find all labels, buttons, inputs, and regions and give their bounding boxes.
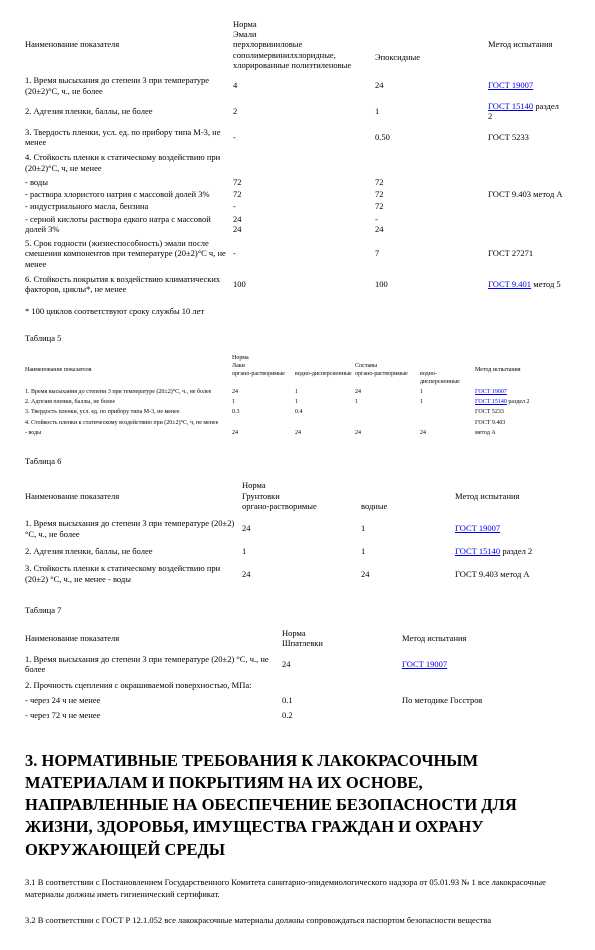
gost-standard-link[interactable]: ГОСТ 19007 bbox=[402, 659, 447, 669]
row-value: 24 bbox=[282, 656, 402, 671]
row-label: - индустриального масла, бензина bbox=[25, 200, 233, 212]
column-header-name: Наименование показателя bbox=[25, 631, 282, 646]
row-value: 24 bbox=[355, 388, 420, 398]
gost-standard-link[interactable]: ГОСТ 19007 bbox=[475, 389, 507, 395]
table-enamels: Наименование показателя Норма Эмали перх… bbox=[25, 16, 570, 297]
column-header-method: Метод испытания bbox=[488, 37, 570, 52]
table-row: 3. Стойкость пленки к статическому возде… bbox=[25, 560, 570, 588]
row-label: 5. Срок годности (жизнеспособность) эмал… bbox=[25, 235, 233, 271]
gost-standard-link[interactable]: ГОСТ 15140 bbox=[455, 546, 500, 556]
paragraph-3-1: 3.1 В соответствии с Постановлением Госу… bbox=[25, 876, 570, 902]
table-footnote: * 100 циклов соответствуют сроку службы … bbox=[25, 306, 570, 316]
row-value: 24 bbox=[232, 388, 295, 398]
row-value bbox=[420, 422, 475, 424]
table-row: - через 72 ч не менее 0.2 bbox=[25, 708, 570, 723]
column-header-method: Метод испытания bbox=[402, 631, 570, 646]
table-row: 1. Время высыхания до степени 3 при темп… bbox=[25, 515, 570, 543]
row-value: 72 bbox=[233, 188, 375, 200]
norm-label: Норма bbox=[232, 355, 475, 363]
column-header-groups: Норма Грунтовки органо-растворимые водны… bbox=[242, 477, 455, 515]
row-value: 1 bbox=[295, 398, 355, 408]
method-cell: ГОСТ 5233 bbox=[488, 129, 570, 144]
row-value: 24 bbox=[242, 520, 361, 537]
table-row: 1. Время высыхания до степени 3 при темп… bbox=[25, 651, 570, 677]
row-label: 2. Прочность сцепления с окрашиваемой по… bbox=[25, 677, 282, 692]
method-text: метод 5 bbox=[531, 279, 561, 289]
row-value: 24 bbox=[355, 429, 420, 439]
row-value: 100 bbox=[375, 277, 488, 292]
method-text: раздел 2 bbox=[507, 399, 530, 405]
method-cell: ГОСТ 19007 bbox=[402, 656, 570, 671]
group-compounds: Составы bbox=[355, 363, 377, 369]
row-value bbox=[282, 682, 402, 687]
method-cell: ГОСТ 27271 bbox=[488, 246, 570, 261]
row-label: 2. Адгезия пленки, баллы, не более bbox=[25, 398, 232, 408]
row-value: 1 bbox=[375, 104, 488, 119]
table-row: - воды 24 24 24 24 метод А bbox=[25, 429, 570, 439]
table-row: 2. Адгезия пленки, баллы, не более 1 1 Г… bbox=[25, 542, 570, 559]
table6-title: Таблица 6 bbox=[25, 456, 570, 466]
row-label: - через 72 ч не менее bbox=[25, 708, 282, 723]
row-value: 1 bbox=[232, 398, 295, 408]
subcol-organo: органо-растворимые bbox=[355, 371, 420, 387]
row-label: 6. Стойкость покрытия к воздействию клим… bbox=[25, 272, 233, 298]
method-text: ГОСТ 27271 bbox=[488, 248, 533, 258]
method-cell bbox=[488, 206, 570, 208]
column-header-groups: Норма ЛакиСоставы органо-растворимые вод… bbox=[232, 354, 475, 388]
subcol-organo: органо-растворимые bbox=[232, 371, 295, 387]
table-row: - серной кислоты раствора едкого натра с… bbox=[25, 213, 570, 236]
table-header-row: Наименование показателя Норма Шпатлевки … bbox=[25, 626, 570, 652]
row-value: 24 24 bbox=[233, 213, 375, 236]
row-value bbox=[355, 412, 420, 414]
method-cell bbox=[402, 713, 570, 718]
subcol-water-disp: водно-дисперсионные bbox=[295, 371, 355, 387]
table-header-row: Наименование показателя Норма Грунтовки … bbox=[25, 477, 570, 515]
method-cell bbox=[488, 160, 570, 165]
method-cell bbox=[488, 223, 570, 225]
table5-title: Таблица 5 bbox=[25, 333, 570, 343]
row-value: 72 bbox=[375, 200, 488, 212]
row-label: 1. Время высыхания до степени 3 при темп… bbox=[25, 388, 232, 398]
row-value bbox=[420, 412, 475, 414]
method-cell: По методике Госстроя bbox=[402, 692, 570, 707]
row-value: 100 bbox=[233, 277, 375, 292]
row-label: 1. Время высыхания до степени 3 при темп… bbox=[25, 73, 233, 99]
table-row: 6. Стойкость покрытия к воздействию клим… bbox=[25, 272, 570, 298]
row-value: 72 bbox=[375, 188, 488, 200]
row-value: 4 bbox=[233, 78, 375, 93]
row-value: 1 bbox=[420, 388, 475, 398]
table-row: 4. Стойкость пленки к статическому возде… bbox=[25, 418, 570, 428]
subcol-water-disp: водно-дисперсионные bbox=[420, 371, 475, 387]
table-row: 1. Время высыхания до степени 3 при темп… bbox=[25, 388, 570, 398]
column-header-name: Наименование показателя bbox=[25, 366, 232, 376]
row-value: 0.2 bbox=[282, 708, 402, 723]
table-row: 1. Время высыхания до степени 3 при темп… bbox=[25, 73, 570, 99]
method-text: ГОСТ 5233 bbox=[475, 409, 504, 415]
row-value: - 24 bbox=[375, 213, 488, 236]
row-value: 0.50 bbox=[375, 129, 488, 144]
method-text: раздел 2 bbox=[500, 546, 532, 556]
column-header-norm: Норма Шпатлевки bbox=[282, 626, 402, 652]
row-label: 3. Твердость пленки, усл. ед. по прибору… bbox=[25, 124, 233, 150]
row-value: 1 bbox=[361, 542, 455, 559]
table-row: 3. Твердость пленки, усл. ед. по прибору… bbox=[25, 124, 570, 150]
gost-standard-link[interactable]: ГОСТ 15140 bbox=[475, 399, 507, 405]
row-label: 1. Время высыхания до степени 3 при темп… bbox=[25, 515, 242, 543]
row-value: 7 bbox=[375, 246, 488, 261]
row-value: 24 bbox=[361, 565, 455, 582]
method-cell: ГОСТ 5233 bbox=[475, 408, 570, 418]
column-header-name: Наименование показателя bbox=[25, 37, 233, 52]
row-value: - bbox=[233, 200, 375, 212]
row-value: 0.1 bbox=[282, 692, 402, 707]
gost-standard-link[interactable]: ГОСТ 19007 bbox=[455, 523, 500, 533]
method-cell: ГОСТ 9.403 метод А bbox=[488, 188, 570, 200]
row-label: - серной кислоты раствора едкого натра с… bbox=[25, 213, 233, 236]
row-label: 2. Адгезия пленки, баллы, не более bbox=[25, 104, 233, 119]
method-cell: ГОСТ 9.401 метод 5 bbox=[488, 277, 570, 292]
norm-label: Норма bbox=[282, 628, 396, 638]
row-value: 1 bbox=[242, 542, 361, 559]
subcolumn-headers: органо-растворимые водно-дисперсионные о… bbox=[232, 371, 475, 387]
group-labels: ЛакиСоставы bbox=[232, 363, 475, 371]
subcol-organo: органо-растворимые bbox=[242, 501, 361, 511]
column-header-epoxy: Эпоксидные bbox=[375, 50, 488, 73]
row-value: 0.3 bbox=[232, 408, 295, 418]
method-cell: метод А bbox=[475, 429, 570, 439]
row-value: 24 bbox=[242, 565, 361, 582]
method-text: ГОСТ 9.403 метод А bbox=[488, 189, 563, 199]
column-header-name: Наименование показателя bbox=[25, 487, 242, 504]
row-label: 3. Твердость пленки, усл. ед. по прибору… bbox=[25, 408, 232, 418]
row-value bbox=[375, 160, 488, 165]
row-label: - через 24 ч не менее bbox=[25, 692, 282, 707]
method-cell: ГОСТ 15140 раздел 2 bbox=[475, 398, 570, 408]
method-cell: ГОСТ 15140 раздел 2 bbox=[488, 99, 570, 125]
method-cell: ГОСТ 19007 bbox=[488, 78, 570, 93]
row-value: 24 bbox=[375, 78, 488, 93]
method-text: метод А bbox=[475, 430, 496, 436]
table-row: 4. Стойкость пленки к статическому возде… bbox=[25, 150, 570, 176]
table7-title: Таблица 7 bbox=[25, 605, 570, 615]
row-label: - воды bbox=[25, 429, 232, 439]
table-header-row: Наименование показателя Норма ЛакиСостав… bbox=[25, 354, 570, 388]
row-value: 72 bbox=[233, 176, 375, 188]
method-cell: ГОСТ 19007 bbox=[455, 520, 570, 537]
table-row: 2. Адгезия пленки, баллы, не более 1 1 1… bbox=[25, 398, 570, 408]
method-cell bbox=[488, 181, 570, 183]
column-header-method: Метод испытания bbox=[475, 366, 570, 376]
method-cell: ГОСТ 19007 bbox=[475, 388, 570, 398]
table-varnishes: Наименование показателя Норма ЛакиСостав… bbox=[25, 354, 570, 438]
row-label: 3. Стойкость пленки к статическому возде… bbox=[25, 560, 242, 588]
norm-label: Норма bbox=[242, 480, 455, 490]
method-cell: ГОСТ 15140 раздел 2 bbox=[455, 542, 570, 559]
row-value: 1 bbox=[355, 398, 420, 408]
row-label: - воды bbox=[25, 176, 233, 188]
row-value: 1 bbox=[295, 388, 355, 398]
section-heading: 3. НОРМАТИВНЫЕ ТРЕБОВАНИЯ К ЛАКОКРАСОЧНЫ… bbox=[25, 750, 570, 861]
row-value bbox=[355, 422, 420, 424]
table-row: 5. Срок годности (жизнеспособность) эмал… bbox=[25, 235, 570, 271]
row-value: - bbox=[233, 129, 375, 144]
table-row: 3. Твердость пленки, усл. ед. по прибору… bbox=[25, 408, 570, 418]
method-text: По методике Госстроя bbox=[402, 695, 482, 705]
group-varnishes: Лаки bbox=[232, 363, 355, 371]
row-value: 24 bbox=[295, 429, 355, 439]
method-cell: ГОСТ 9.403 метод А bbox=[455, 565, 570, 582]
method-text: ГОСТ 9.403 bbox=[475, 420, 505, 426]
row-value: 24 bbox=[232, 429, 295, 439]
document-page: Наименование показателя Норма Эмали перх… bbox=[0, 0, 595, 950]
gost-standard-link[interactable]: ГОСТ 9.401 bbox=[488, 279, 531, 289]
row-value: 72 bbox=[375, 176, 488, 188]
method-text: ГОСТ 5233 bbox=[488, 132, 529, 142]
method-text: ГОСТ 9.403 метод А bbox=[455, 569, 530, 579]
table-header-row: Наименование показателя Норма Эмали перх… bbox=[25, 16, 570, 73]
row-value: - bbox=[233, 246, 375, 261]
row-value bbox=[233, 160, 375, 165]
paragraph-3-2: 3.2 В соответствии с ГОСТ Р 12.1.052 все… bbox=[25, 914, 570, 927]
row-value bbox=[295, 422, 355, 424]
row-value: 1 bbox=[361, 520, 455, 537]
subcol-water: водные bbox=[361, 501, 455, 511]
column-header-norm-enamels: Норма Эмали перхлорвиниловые сополимерви… bbox=[233, 16, 375, 73]
row-value: 0.4 bbox=[295, 408, 355, 418]
column-header-method: Метод испытания bbox=[455, 487, 570, 504]
row-label: 4. Стойкость пленки к статическому возде… bbox=[25, 418, 232, 428]
row-value bbox=[232, 422, 295, 424]
table-row: 2. Адгезия пленки, баллы, не более 2 1 Г… bbox=[25, 99, 570, 125]
table-row: 2. Прочность сцепления с окрашиваемой по… bbox=[25, 677, 570, 692]
gost-standard-link[interactable]: ГОСТ 19007 bbox=[488, 80, 533, 90]
table-putties: Наименование показателя Норма Шпатлевки … bbox=[25, 626, 570, 724]
group-primers: Грунтовки bbox=[242, 491, 455, 501]
subcolumn-headers: органо-растворимые водные bbox=[242, 501, 455, 511]
row-value: 1 bbox=[420, 398, 475, 408]
row-value: 24 bbox=[420, 429, 475, 439]
row-label: 2. Адгезия пленки, баллы, не более bbox=[25, 542, 242, 559]
method-cell: ГОСТ 9.403 bbox=[475, 418, 570, 428]
group-putties: Шпатлевки bbox=[282, 638, 396, 648]
table-row: - через 24 ч не менее 0.1 По методике Го… bbox=[25, 692, 570, 707]
table-row: - раствора хлористого натрия с массовой … bbox=[25, 188, 570, 200]
table-row: - воды 72 72 bbox=[25, 176, 570, 188]
table-primers: Наименование показателя Норма Грунтовки … bbox=[25, 477, 570, 588]
row-label: - раствора хлористого натрия с массовой … bbox=[25, 188, 233, 200]
table-row: - индустриального масла, бензина - 72 bbox=[25, 200, 570, 212]
method-cell bbox=[402, 682, 570, 687]
gost-standard-link[interactable]: ГОСТ 15140 bbox=[488, 101, 533, 111]
row-label: 4. Стойкость пленки к статическому возде… bbox=[25, 150, 233, 176]
row-value: 2 bbox=[233, 104, 375, 119]
row-label: 1. Время высыхания до степени 3 при темп… bbox=[25, 651, 282, 677]
